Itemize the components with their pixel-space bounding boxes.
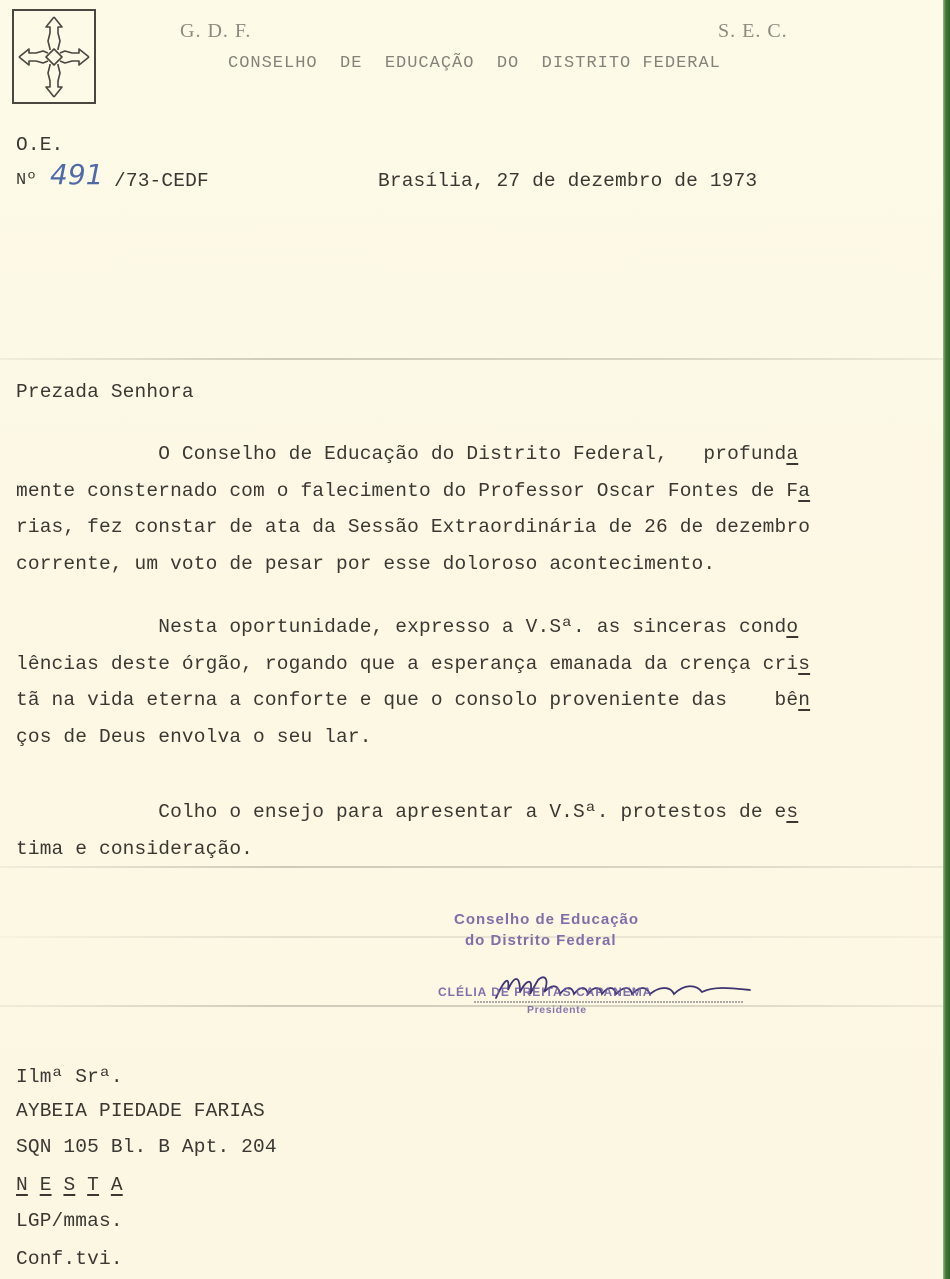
salutation: Prezada Senhora <box>16 381 194 403</box>
body-line: Nesta oportunidade, expresso a V.Sª. as … <box>16 616 798 638</box>
body-line: Colho o ensejo para apresentar a V.Sª. p… <box>16 801 798 823</box>
signature <box>436 952 716 986</box>
body-line: rias, fez constar de ata da Sessão Extra… <box>16 516 810 538</box>
signatory-title: Presidente <box>527 1004 587 1016</box>
addressee-honorific: Ilmª Srª. <box>16 1066 123 1088</box>
body-line: O Conselho de Educação do Distrito Feder… <box>16 443 798 465</box>
addressee-address: SQN 105 Bl. B Apt. 204 <box>16 1136 277 1158</box>
institution-heading: CONSELHO DE EDUCAÇÃO DO DISTRITO FEDERAL <box>228 54 721 73</box>
body-line: mente consternado com o falecimento do P… <box>16 480 810 502</box>
body-line: tima e consideração. <box>16 838 253 860</box>
body-line: ços de Deus envolva o seu lar. <box>16 726 372 748</box>
letter-page: G. D. F. S. E. C. CONSELHO DE EDUCAÇÃO D… <box>0 0 943 1279</box>
addressee-name: AYBEIA PIEDADE FARIAS <box>16 1100 265 1122</box>
fold-line <box>0 866 943 868</box>
stamp-line-2: do Distrito Federal <box>465 932 617 949</box>
stamp-line-1: Conselho de Educação <box>454 911 639 928</box>
number-suffix: /73-CEDF <box>114 170 209 192</box>
page-edge-binding <box>943 0 950 1279</box>
number-label: Nº <box>16 171 37 190</box>
typist-initials: LGP/mmas. <box>16 1210 123 1232</box>
conference-note: Conf.tvi. <box>16 1248 123 1270</box>
body-line: tã na vida eterna a conforte e que o con… <box>16 689 810 711</box>
addressee-city: N E S T A <box>16 1174 123 1196</box>
body-line: lências deste órgão, rogando que a esper… <box>16 653 810 675</box>
cross-arrows-emblem <box>12 9 96 104</box>
reference-prefix: O.E. <box>16 134 63 156</box>
cross-arrows-icon <box>14 11 94 102</box>
place-date: Brasília, 27 de dezembro de 1973 <box>378 170 757 192</box>
gdf-initials: G. D. F. <box>180 20 251 43</box>
body-line: corrente, um voto de pesar por esse dolo… <box>16 553 715 575</box>
fold-line <box>0 358 943 360</box>
signatory-name: CLÉLIA DE FREITAS CAPANEMA <box>438 985 652 999</box>
handwritten-number: 491 <box>50 158 103 191</box>
sec-initials: S. E. C. <box>718 20 788 43</box>
